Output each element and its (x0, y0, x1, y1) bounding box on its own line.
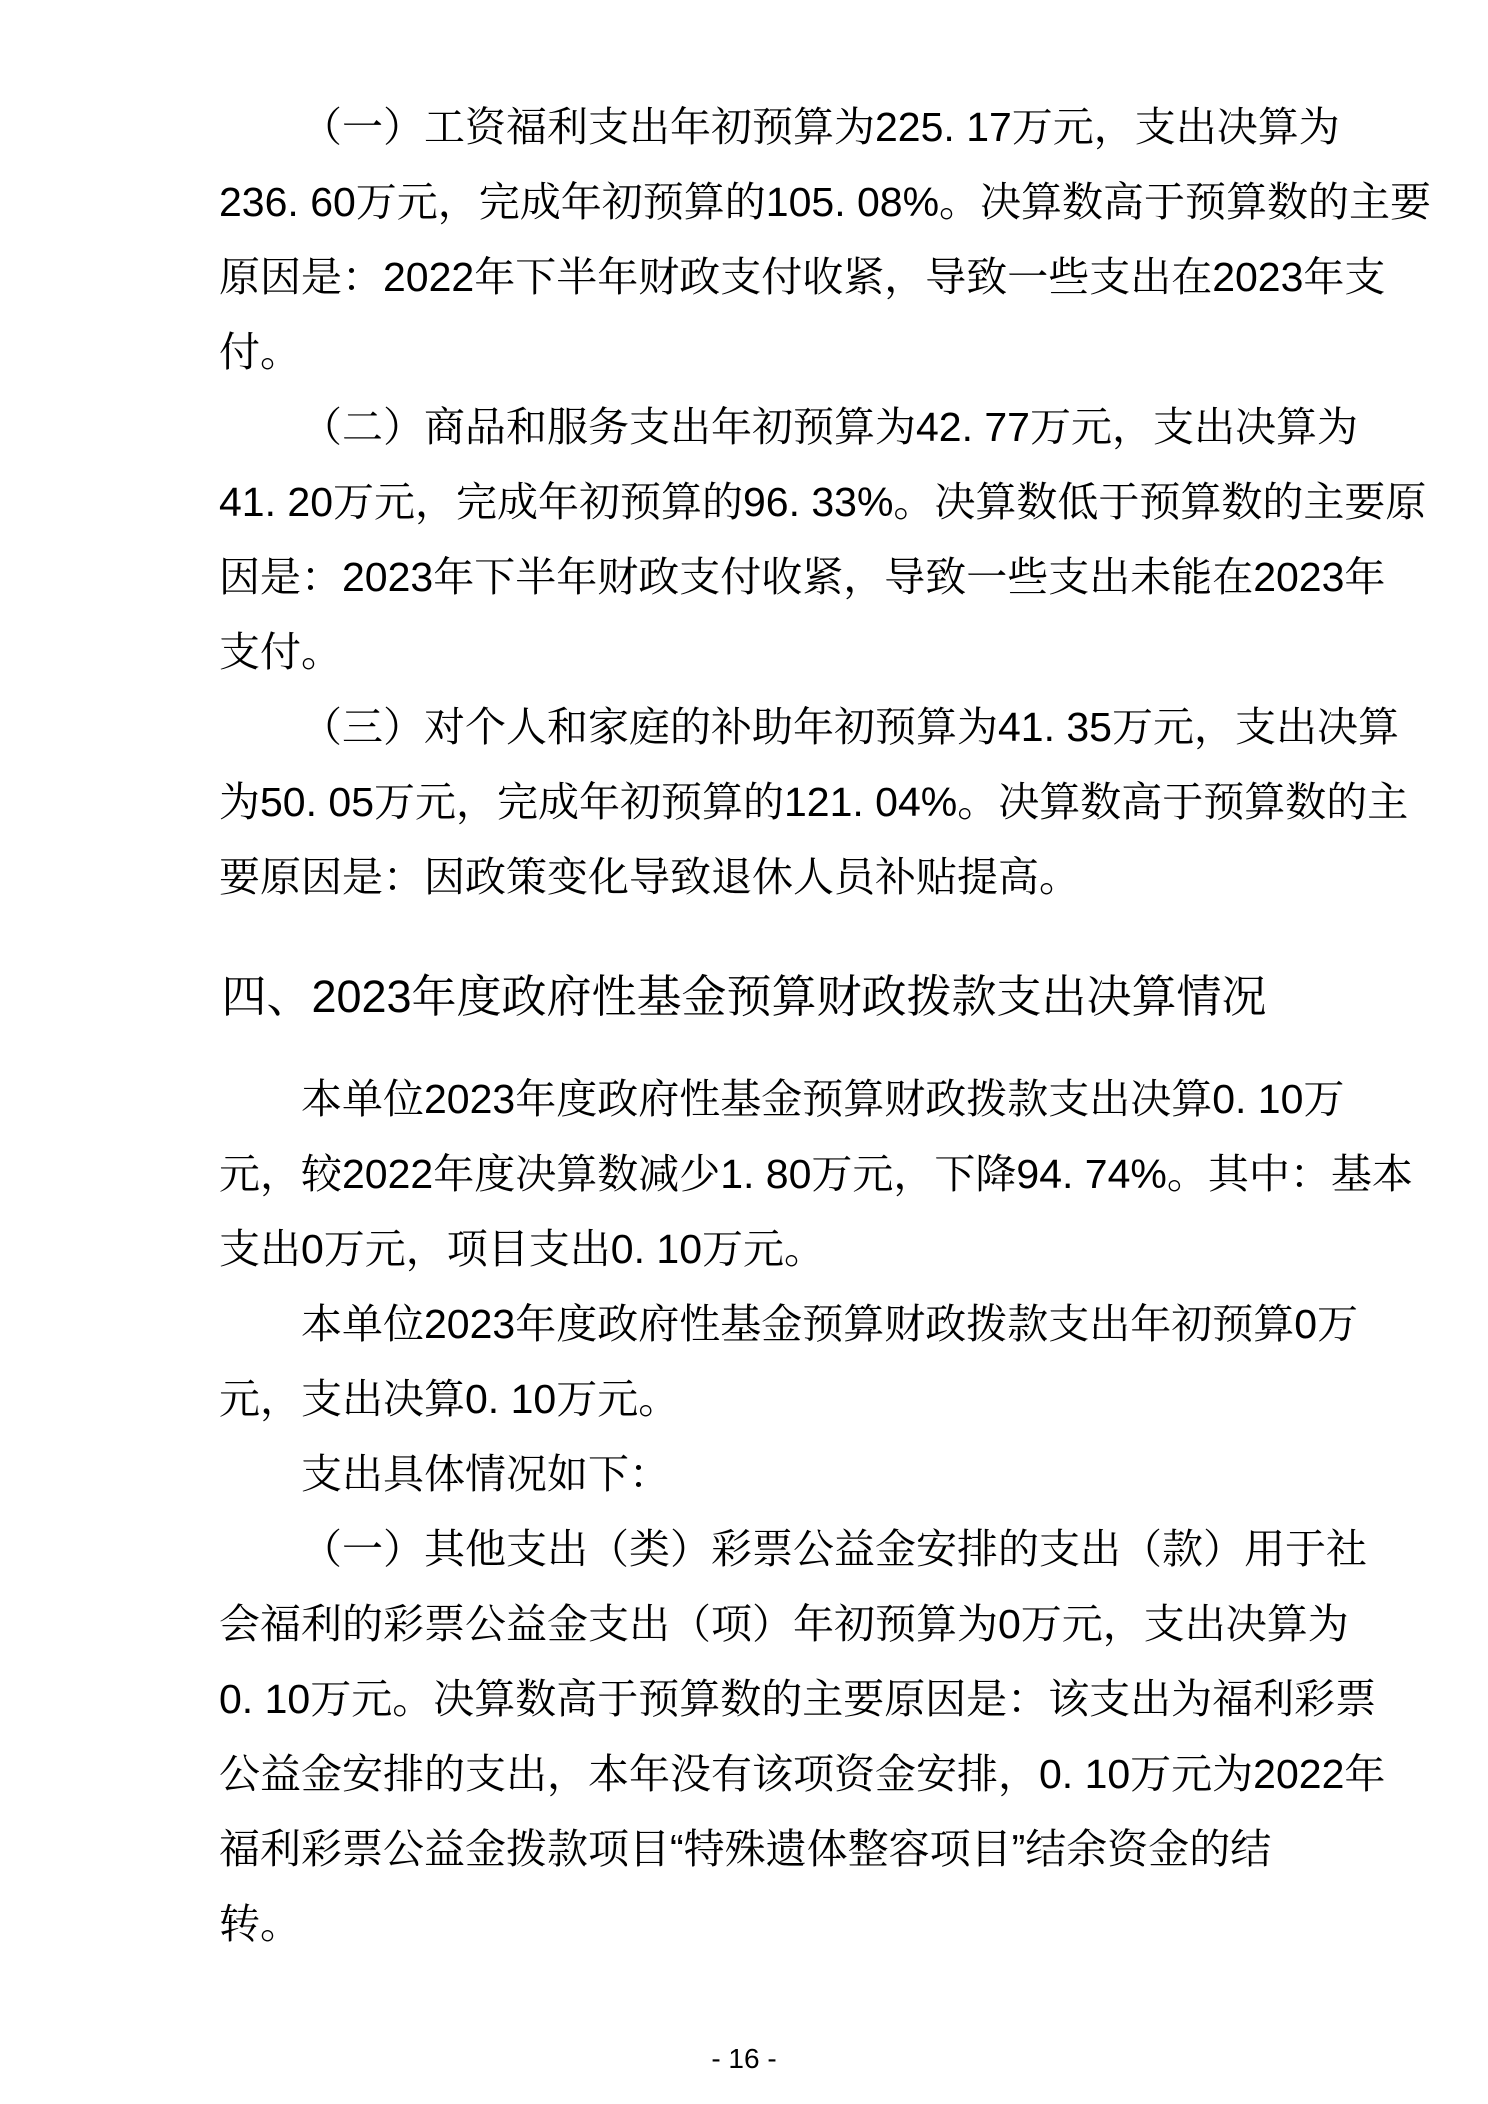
paragraph-2: （二）商品和服务支出年初预算为42. 77万元，支出决算为 41. 20万元，完… (0, 390, 1488, 690)
text-line: （二）商品和服务支出年初预算为42. 77万元，支出决算为 (0, 390, 1488, 465)
text-line: 公益金安排的支出，本年没有该项资金安排，0. 10万元为2022年 (0, 1737, 1488, 1812)
text-line: 元，较2022年度决算数减少1. 80万元，下降94. 74%。其中：基本 (0, 1137, 1488, 1212)
text-line: 元，支出决算0. 10万元。 (0, 1362, 1488, 1437)
text-line: 本单位2023年度政府性基金预算财政拨款支出年初预算0万 (0, 1287, 1488, 1362)
paragraph-3: （三）对个人和家庭的补助年初预算为41. 35万元，支出决算 为50. 05万元… (0, 690, 1488, 915)
text-line: 本单位2023年度政府性基金预算财政拨款支出决算0. 10万 (0, 1062, 1488, 1137)
document-body: （一）工资福利支出年初预算为225. 17万元，支出决算为 236. 60万元，… (0, 90, 1488, 1962)
text-line: 支出0万元，项目支出0. 10万元。 (0, 1212, 1488, 1287)
text-line: 支出具体情况如下： (0, 1437, 1488, 1512)
text-line: 41. 20万元，完成年初预算的96. 33%。决算数低于预算数的主要原 (0, 465, 1488, 540)
paragraph-1: （一）工资福利支出年初预算为225. 17万元，支出决算为 236. 60万元，… (0, 90, 1488, 390)
text-line: 原因是：2022年下半年财政支付收紧，导致一些支出在2023年支 (0, 240, 1488, 315)
text-line: 为50. 05万元，完成年初预算的121. 04%。决算数高于预算数的主 (0, 765, 1488, 840)
text-line: 转。 (0, 1887, 1488, 1962)
text-line: （三）对个人和家庭的补助年初预算为41. 35万元，支出决算 (0, 690, 1488, 765)
text-line: 因是：2023年下半年财政支付收紧，导致一些支出未能在2023年 (0, 540, 1488, 615)
text-line: 支付。 (0, 615, 1488, 690)
text-line: 福利彩票公益金拨款项目“特殊遗体整容项目”结余资金的结 (0, 1812, 1488, 1887)
text-line: （一）其他支出（类）彩票公益金安排的支出（款）用于社 (0, 1512, 1488, 1587)
document-page: （一）工资福利支出年初预算为225. 17万元，支出决算为 236. 60万元，… (0, 0, 1488, 2104)
section-heading: 四、2023年度政府性基金预算财政拨款支出决算情况 (0, 959, 1488, 1034)
text-line: 付。 (0, 315, 1488, 390)
text-line: （一）工资福利支出年初预算为225. 17万元，支出决算为 (0, 90, 1488, 165)
paragraph-4: 本单位2023年度政府性基金预算财政拨款支出决算0. 10万 元，较2022年度… (0, 1062, 1488, 1287)
text-line: 会福利的彩票公益金支出（项）年初预算为0万元，支出决算为 (0, 1587, 1488, 1662)
paragraph-7: （一）其他支出（类）彩票公益金安排的支出（款）用于社 会福利的彩票公益金支出（项… (0, 1512, 1488, 1962)
text-line: 0. 10万元。决算数高于预算数的主要原因是：该支出为福利彩票 (0, 1662, 1488, 1737)
paragraph-6: 支出具体情况如下： (0, 1437, 1488, 1512)
paragraph-5: 本单位2023年度政府性基金预算财政拨款支出年初预算0万 元，支出决算0. 10… (0, 1287, 1488, 1437)
page-number: - 16 - (0, 2044, 1488, 2074)
text-line: 236. 60万元，完成年初预算的105. 08%。决算数高于预算数的主要 (0, 165, 1488, 240)
text-line: 要原因是：因政策变化导致退休人员补贴提高。 (0, 840, 1488, 915)
